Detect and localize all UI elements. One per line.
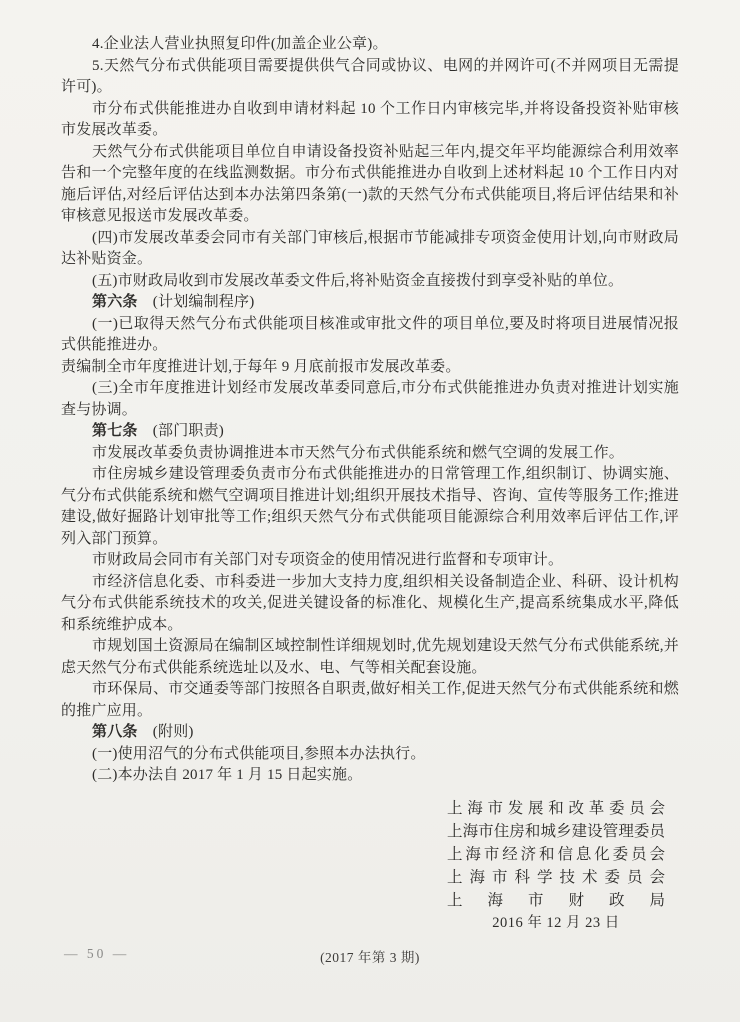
text-line: 市环保局、市交通委等部门按照各自职责,做好相关工作,促进天然气分布式供能系统和燃… xyxy=(61,679,679,701)
document-page: 4.企业法人营业执照复印件(加盖企业公章)。5.天然气分布式供能项目需要提供供气… xyxy=(0,0,740,1022)
text-line: 市财政局会同市有关部门对专项资金的使用情况进行监督和专项审计。 xyxy=(61,550,679,572)
document-lines: 4.企业法人营业执照复印件(加盖企业公章)。5.天然气分布式供能项目需要提供供气… xyxy=(61,34,679,787)
issue-label: (2017 年第 3 期) xyxy=(0,946,740,966)
text-line: 审核意见报送市发展改革委。 xyxy=(61,206,679,228)
text-line: 告和一个完整年度的在线监测数据。市分布式供能推进办自收到上述材料起 10 个工作… xyxy=(61,163,679,185)
signature-org: 上海市科学技术委员会 xyxy=(447,866,665,889)
text-line: 市发展改革委。 xyxy=(61,120,679,142)
text-line: 查与协调。 xyxy=(61,400,679,422)
signature-org-list: 上海市发展和改革委员会上海市住房和城乡建设管理委员会上海市经济和信息化委员会上海… xyxy=(447,797,665,912)
text-line: (一)使用沼气的分布式供能项目,参照本办法执行。 xyxy=(61,744,679,766)
article-heading-line: 第六条 (计划编制程序) xyxy=(61,292,679,314)
text-line: 建设,做好掘路计划审批等工作;组织天然气分布式供能项目能源综合利用效率后评估工作… xyxy=(61,507,679,529)
text-line: 4.企业法人营业执照复印件(加盖企业公章)。 xyxy=(61,34,679,56)
article-title: (部门职责) xyxy=(138,423,224,439)
text-line: 施后评估,对经后评估达到本办法第四条第(一)款的天然气分布式供能项目,将后评估结… xyxy=(61,185,679,207)
article-number: 第七条 xyxy=(92,423,138,439)
article-heading-line: 第八条 (附则) xyxy=(61,722,679,744)
article-title: (附则) xyxy=(138,724,194,740)
text-line: 达补贴资金。 xyxy=(61,249,679,271)
signature-date: 2016 年 12 月 23 日 xyxy=(447,912,665,935)
text-line: 的推广应用。 xyxy=(61,701,679,723)
text-line: 5.天然气分布式供能项目需要提供供气合同或协议、电网的并网许可(不并网项目无需提… xyxy=(61,56,679,78)
text-line: 式供能推进办。 xyxy=(61,335,679,357)
text-line: 市经济信息化委、市科委进一步加大支持力度,组织相关设备制造企业、科研、设计机构开… xyxy=(61,572,679,594)
text-line: 气分布式供能系统和燃气空调项目推进计划;组织开展技术指导、咨询、宣传等服务工作;… xyxy=(61,486,679,508)
article-title: (计划编制程序) xyxy=(138,294,255,310)
text-line: 和系统维护成本。 xyxy=(61,615,679,637)
text-line: 列入部门预算。 xyxy=(61,529,679,551)
signature-org: 上海市经济和信息化委员会 xyxy=(447,843,665,866)
text-line: (三)全市年度推进计划经市发展改革委同意后,市分布式供能推进办负责对推进计划实施… xyxy=(61,378,679,400)
signature-org: 上海市财政局 xyxy=(447,889,665,912)
signature-org: 上海市住房和城乡建设管理委员会 xyxy=(447,820,665,843)
text-line: 市住房城乡建设管理委负责市分布式供能推进办的日常管理工作,组织制订、协调实施、检… xyxy=(61,464,679,486)
article-heading-line: 第七条 (部门职责) xyxy=(61,421,679,443)
text-line: (五)市财政局收到市发展改革委文件后,将补贴资金直接拨付到享受补贴的单位。 xyxy=(61,271,679,293)
text-line: 许可)。 xyxy=(61,77,679,99)
text-line: 天然气分布式供能项目单位自申请设备投资补贴起三年内,提交年平均能源综合利用效率自… xyxy=(61,142,679,164)
text-line: 市发展改革委负责协调推进本市天然气分布式供能系统和燃气空调的发展工作。 xyxy=(61,443,679,465)
text-line: 市分布式供能推进办自收到申请材料起 10 个工作日内审核完毕,并将设备投资补贴审… xyxy=(61,99,679,121)
text-line: (一)已取得天然气分布式供能项目核准或审批文件的项目单位,要及时将项目进展情况报… xyxy=(61,314,679,336)
signature-org: 上海市发展和改革委员会 xyxy=(447,797,665,820)
text-line: 虑天然气分布式供能系统选址以及水、电、气等相关配套设施。 xyxy=(61,658,679,680)
text-line: 市规划国土资源局在编制区域控制性详细规划时,优先规划建设天然气分布式供能系统,并… xyxy=(61,636,679,658)
article-number: 第八条 xyxy=(92,724,138,740)
text-line: (四)市发展改革委会同市有关部门审核后,根据市节能减排专项资金使用计划,向市财政… xyxy=(61,228,679,250)
text-line: 气分布式供能系统技术的攻关,促进关键设备的标准化、规模化生产,提高系统集成水平,… xyxy=(61,593,679,615)
page-footer: — 50 — (2017 年第 3 期) xyxy=(0,946,740,968)
text-line: (二)本办法自 2017 年 1 月 15 日起实施。 xyxy=(61,765,679,787)
article-number: 第六条 xyxy=(92,294,138,310)
signature-block: 上海市发展和改革委员会上海市住房和城乡建设管理委员会上海市经济和信息化委员会上海… xyxy=(447,797,665,935)
text-line: 责编制全市年度推进计划,于每年 9 月底前报市发展改革委。 xyxy=(61,357,679,379)
